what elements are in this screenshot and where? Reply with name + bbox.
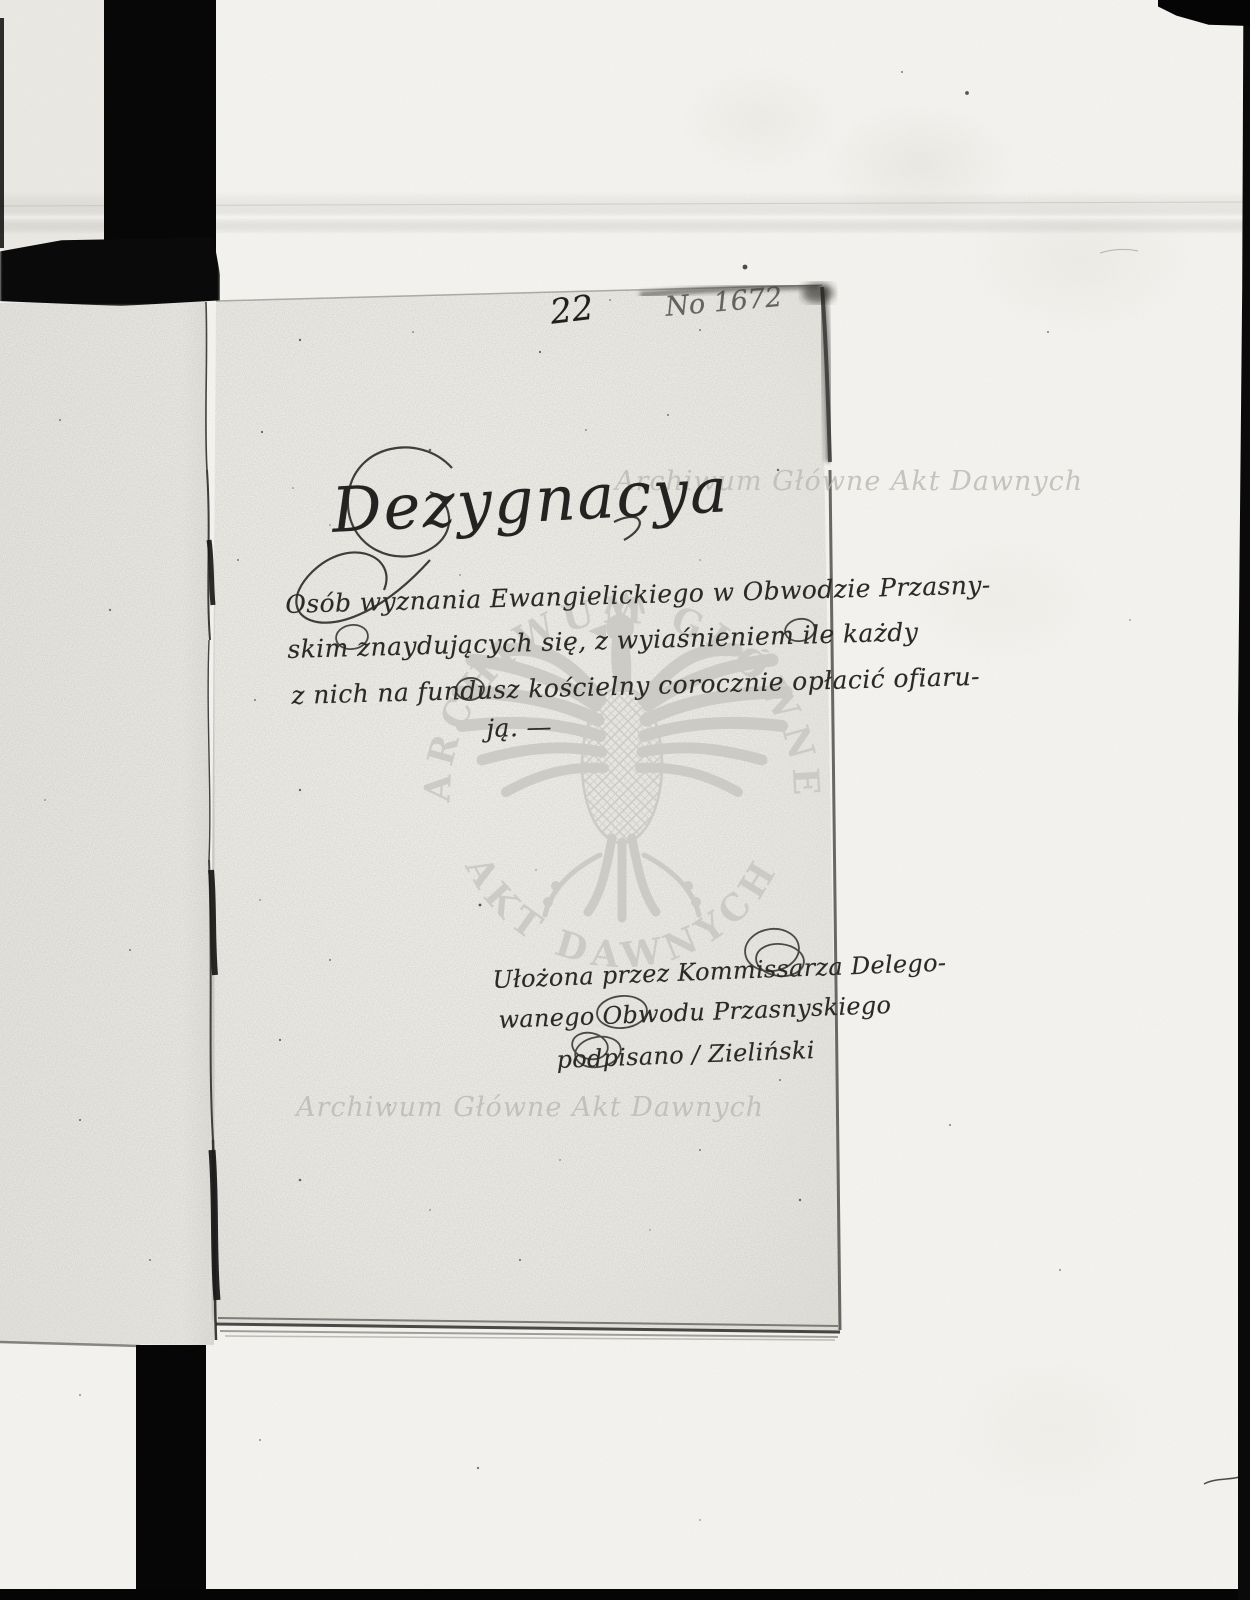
body-line-4: ją. — [486, 712, 552, 743]
scan-left-edge-line [0, 18, 4, 248]
scanner-black-strip-bottom [0, 1589, 1250, 1600]
book-spine-shadow [0, 236, 220, 306]
scanner-black-bar-bottom-left [136, 1345, 206, 1600]
watermark-text-bottom: Archiwum Główne Akt Dawnych [296, 1092, 764, 1123]
scanned-archival-page: ARCHIWUM GŁÓWNE • AKT DAWNYCH • [0, 0, 1250, 1600]
folio-number: 22 [548, 288, 596, 333]
